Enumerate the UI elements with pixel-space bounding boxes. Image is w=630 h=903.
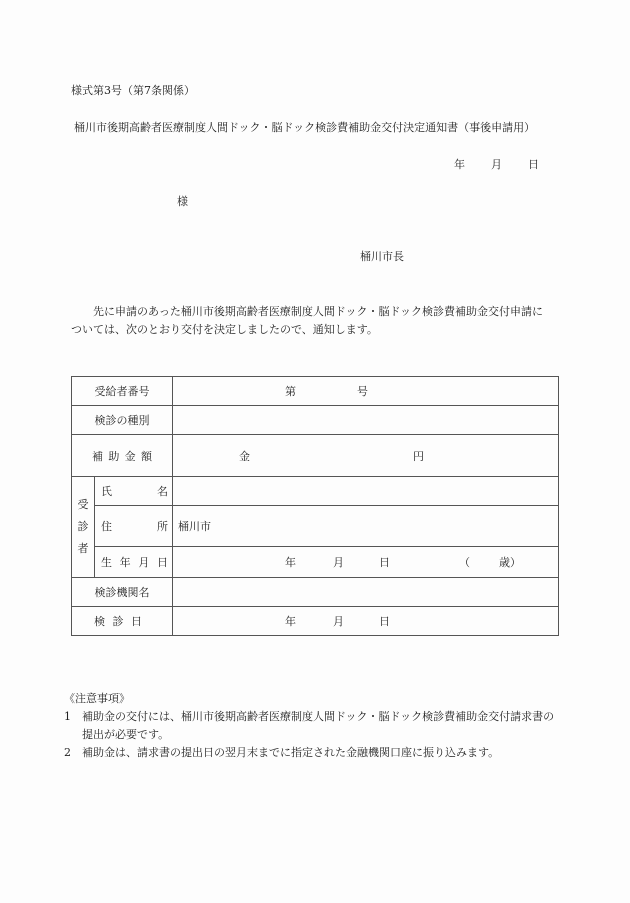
exam-date-value[interactable]: 年 月 日 [173, 607, 559, 636]
notes-section: 《注意事項》 1補助金の交付には、桶川市後期高齢者医療制度人間ドック・脳ドック検… [64, 690, 564, 762]
institution-label: 検診機関名 [72, 578, 173, 607]
examinee-name-label: 氏名 [95, 477, 173, 506]
exam-type-value[interactable] [173, 406, 559, 435]
examinee-name-value[interactable] [173, 477, 559, 506]
addressee-suffix: 様 [177, 193, 188, 209]
issue-date-day: 日 [528, 156, 539, 172]
form-number: 様式第3号（第7条関係） [71, 82, 195, 98]
note-item: 2補助金は、請求書の提出日の翌月末までに指定された金融機関口座に振り込みます。 [64, 744, 564, 762]
note-item: 1補助金の交付には、桶川市後期高齢者医療制度人間ドック・脳ドック検診費補助金交付… [64, 708, 564, 744]
recipient-number-label: 受給者番号 [72, 377, 173, 406]
issue-date: 年月日 [454, 156, 539, 172]
exam-date-label: 検診日 [72, 607, 173, 636]
row-subsidy-amount: 補助金額 金 円 [72, 435, 559, 477]
subsidy-amount-label: 補助金額 [72, 435, 173, 477]
row-recipient-number: 受給者番号 第 号 [72, 377, 559, 406]
subsidy-amount-value[interactable]: 金 円 [173, 435, 559, 477]
notes-heading: 《注意事項》 [64, 690, 564, 708]
document-title: 桶川市後期高齢者医療制度人間ドック・脳ドック検診費補助金交付決定通知書（事後申請… [74, 119, 535, 135]
examinee-address-value[interactable]: 桶川市 [173, 506, 559, 547]
institution-value[interactable] [173, 578, 559, 607]
issue-date-year: 年 [454, 156, 465, 172]
notice-body-line-1: 先に申請のあった桶川市後期高齢者医療制度人間ドック・脳ドック検診費補助金交付申請… [71, 303, 561, 321]
notice-body-line-2: ついては、次のとおり交付を決定しましたので、通知します。 [71, 321, 561, 339]
examinee-birthdate-value[interactable]: 年 月 日 （ 歳） [173, 547, 559, 578]
row-examinee-name: 受 診 者 氏名 [72, 477, 559, 506]
examinee-group-label: 受 診 者 [72, 477, 95, 578]
issuer-name: 桶川市長 [360, 248, 404, 264]
row-exam-date: 検診日 年 月 日 [72, 607, 559, 636]
exam-type-label: 検診の種別 [72, 406, 173, 435]
decision-table: 受給者番号 第 号 検診の種別 補助金額 金 円 受 診 者 [71, 376, 559, 636]
row-examinee-birthdate: 生年月日 年 月 日 （ 歳） [72, 547, 559, 578]
row-examinee-address: 住所 桶川市 [72, 506, 559, 547]
examinee-birthdate-label: 生年月日 [95, 547, 173, 578]
examinee-address-label: 住所 [95, 506, 173, 547]
issue-date-month: 月 [491, 156, 502, 172]
row-exam-type: 検診の種別 [72, 406, 559, 435]
recipient-number-value[interactable]: 第 号 [173, 377, 559, 406]
row-institution: 検診機関名 [72, 578, 559, 607]
notice-body: 先に申請のあった桶川市後期高齢者医療制度人間ドック・脳ドック検診費補助金交付申請… [71, 303, 561, 339]
